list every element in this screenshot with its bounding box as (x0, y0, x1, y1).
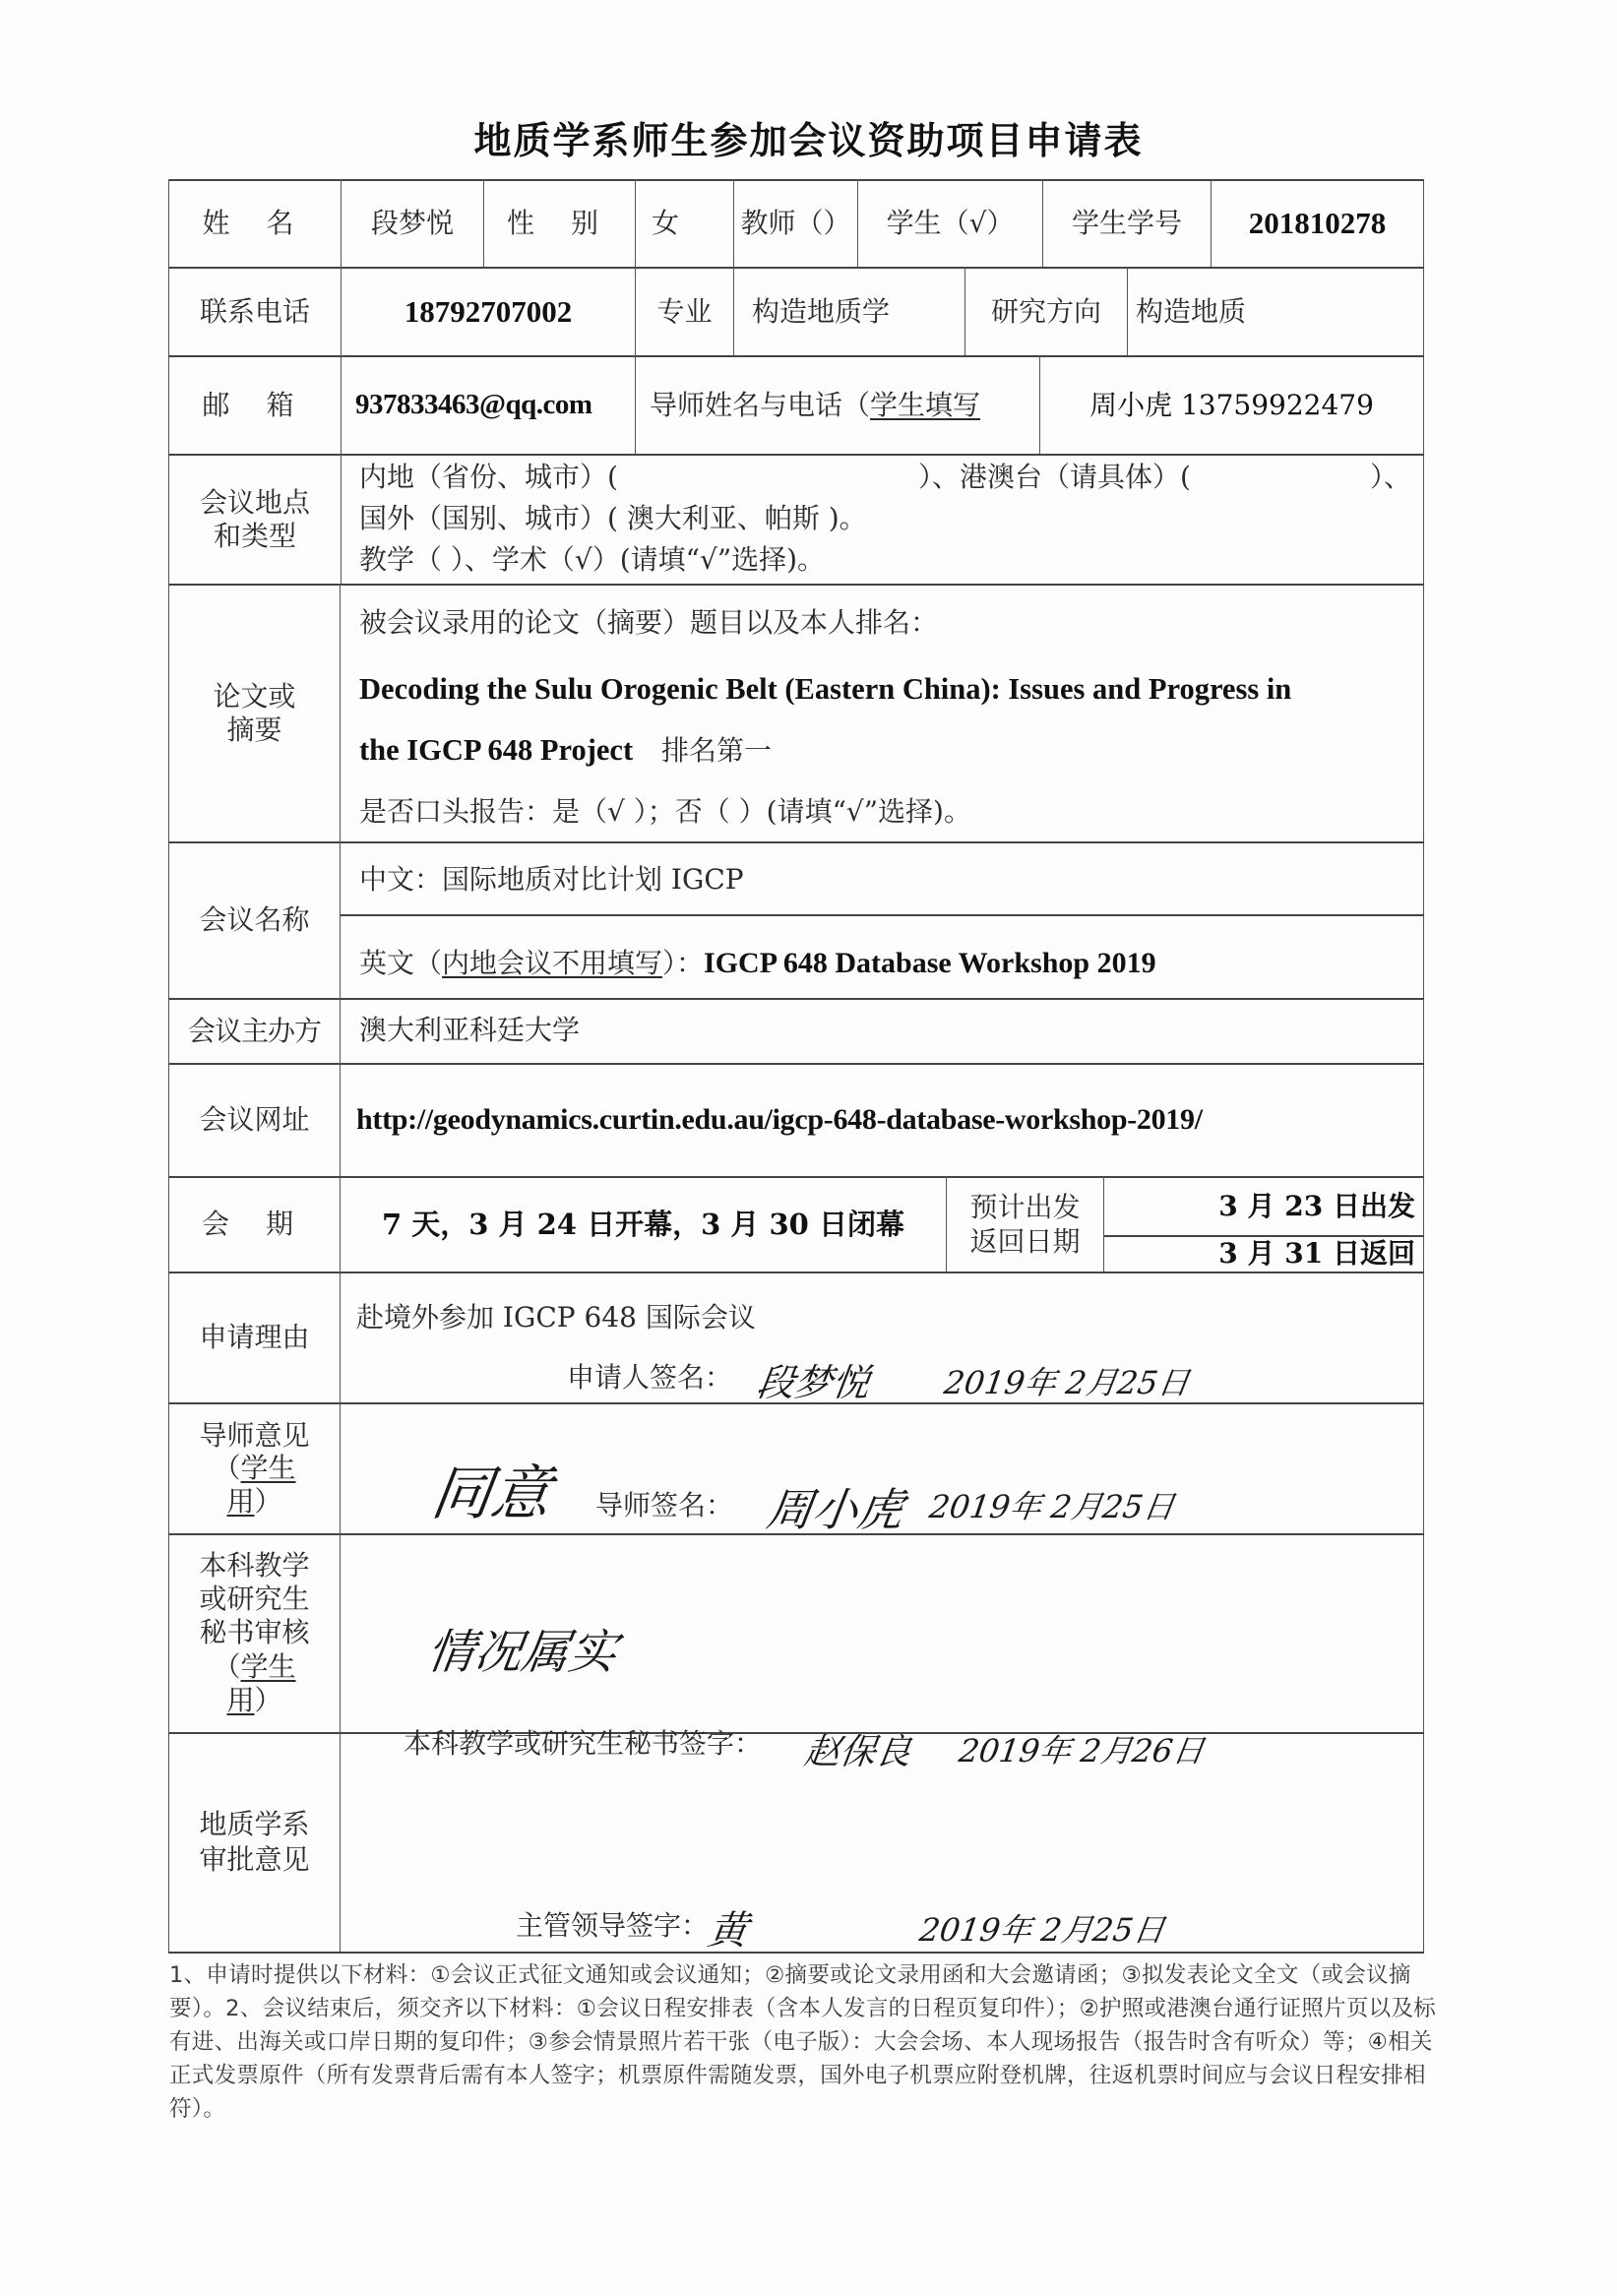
applicant-signature-label: 申请人签名： (567, 1361, 732, 1395)
paren-close: ） (255, 1684, 282, 1716)
student-id-value: 201810278 (1212, 180, 1423, 267)
secretary-review-label: 本科教学 或研究生 秘书审核 （学生 用） (169, 1534, 340, 1732)
oral-report: 是否口头报告：是（√ ）；否（ ）(请填“√”选择)。 (359, 795, 971, 829)
email-value: 937833463@qq.com (355, 356, 635, 454)
advisor-signature: 周小虎 (763, 1474, 907, 1539)
website-label: 会议网址 (169, 1064, 340, 1176)
student-use-note: 学生 (241, 1452, 296, 1484)
applicant-date: 2019年 2月25日 (942, 1358, 1193, 1403)
secretary-signature-label: 本科教学或研究生秘书签字： (404, 1727, 762, 1761)
row-line (168, 454, 1424, 456)
paren-open: （ (213, 1452, 240, 1484)
advisor-opinion: 同意 (427, 1447, 557, 1531)
department-label-line1: 地质学系 (199, 1807, 309, 1842)
email-label: 邮 箱 (169, 356, 341, 454)
footnote-instructions: 1、申请时提供以下材料：①会议正式征文通知或会议通知；②摘要或论文录用函和大会邀… (169, 1958, 1439, 2126)
leader-signature-label: 主管领导签字： (516, 1909, 709, 1943)
author-rank: 排名第一 (661, 734, 772, 767)
advisor-value: 周小虎 13759922479 (1040, 356, 1423, 454)
table-bottom-border (168, 1952, 1424, 1954)
row-line (168, 1732, 1424, 1734)
location-label-line2: 和类型 (214, 520, 296, 553)
form-title: 地质学系师生参加会议资助项目申请表 (0, 110, 1617, 164)
location-line1-end: ）、 (1370, 461, 1411, 494)
reason-value: 赴境外参加 IGCP 648 国际会议 (356, 1301, 756, 1334)
row-line-conference-split (340, 914, 1424, 916)
advisor-label-prefix: 导师姓名与电话（ (650, 389, 870, 422)
advisor-opinion-label-line1: 导师意见 (199, 1419, 309, 1453)
phone-label: 联系电话 (169, 268, 341, 355)
student-id-label: 学生学号 (1043, 180, 1211, 267)
english-prefix: 英文（ (359, 947, 442, 979)
chinese-prefix: 中文： (359, 863, 442, 896)
major-value: 构造地质学 (752, 268, 964, 355)
research-value: 构造地质 (1136, 268, 1423, 355)
advisor-date: 2019年 2月25日 (927, 1482, 1178, 1527)
major-label: 专业 (636, 268, 733, 355)
period-dates: 7 天，3 月 24 日开幕，3 月 30 日闭幕 (382, 1208, 904, 1242)
student-use-note-cont: 用 (226, 1485, 254, 1518)
advisor-signature-label: 导师签名： (595, 1489, 733, 1522)
conference-name-english: 英文（内地会议不用填写）：IGCP 648 Database Workshop … (359, 946, 1156, 981)
paper-title-line1: Decoding the Sulu Orogenic Belt (Eastern… (359, 671, 1291, 708)
depart-date: 3 月 23 日出发 (1104, 1177, 1415, 1235)
name-label: 姓 名 (169, 180, 341, 267)
secretary-label-line1: 本科教学 (199, 1549, 309, 1582)
secretary-opinion: 情况属实 (423, 1614, 622, 1682)
return-date-text: 3 月 31 日返回 (1218, 1237, 1415, 1271)
research-label: 研究方向 (965, 268, 1127, 355)
advisor-contact: 周小虎 13759922479 (1089, 389, 1374, 422)
name-value: 段梦悦 (342, 180, 483, 267)
return-date: 3 月 31 日返回 (1104, 1236, 1415, 1272)
organizer-label: 会议主办方 (169, 999, 340, 1063)
paren-close: ） (255, 1485, 282, 1518)
secretary-label-line2: 或研究生 (199, 1582, 309, 1616)
department-approval-label: 地质学系 审批意见 (169, 1733, 340, 1952)
paper-title-line2: the IGCP 648 Project 排名第一 (359, 732, 772, 769)
leader-date: 2019年 2月25日 (917, 1905, 1168, 1951)
english-note: 内地会议不用填写 (442, 947, 662, 979)
secretary-signature: 赵保良 (801, 1724, 914, 1774)
paren-open: （ (213, 1650, 240, 1683)
paper-label: 论文或 摘要 (169, 585, 340, 841)
row-line (168, 1063, 1424, 1065)
teacher-checkbox[interactable]: 教师（） (734, 180, 857, 267)
location-label: 会议地点 和类型 (169, 455, 341, 584)
paper-prompt: 被会议录用的论文（摘要）题目以及本人排名： (359, 606, 938, 640)
leader-signature: 黄 (705, 1899, 752, 1955)
english-suffix: ）： (662, 947, 704, 979)
department-label-line2: 审批意见 (199, 1842, 309, 1878)
secretary-date: 2019年 2月26日 (957, 1726, 1208, 1771)
reason-label: 申请理由 (169, 1272, 340, 1402)
secretary-label-line3: 秘书审核 (199, 1616, 309, 1649)
gender-value: 女 (652, 180, 733, 267)
applicant-signature: 段梦悦 (754, 1352, 874, 1406)
travel-label-line1: 预计出发 (969, 1190, 1080, 1224)
travel-label-line2: 返回日期 (969, 1224, 1080, 1259)
advisor-label-note: 学生填写 (870, 389, 980, 422)
paper-title-line2-text: the IGCP 648 Project (359, 733, 633, 767)
english-value: IGCP 648 Database Workshop 2019 (704, 947, 1156, 979)
row-line (168, 1272, 1424, 1273)
phone-value: 18792707002 (342, 268, 635, 355)
location-label-line1: 会议地点 (200, 486, 310, 520)
row-line (168, 584, 1424, 586)
period-label: 会 期 (169, 1177, 340, 1272)
advisor-opinion-label: 导师意见 （学生 用） (169, 1403, 340, 1533)
student-checkbox[interactable]: 学生（√） (858, 180, 1042, 267)
table-right-border (1423, 179, 1424, 1953)
location-overseas: 国外（国别、城市）( 澳大利亚、帕斯 )。 (359, 502, 867, 535)
advisor-label: 导师姓名与电话（学生填写 (650, 356, 1039, 454)
gender-label: 性 别 (484, 180, 635, 267)
website-link[interactable]: http://geodynamics.curtin.edu.au/igcp-64… (356, 1102, 1203, 1138)
conference-type: 教学（ ）、学术（√）(请填“√”选择)。 (359, 543, 825, 577)
location-hmt: ）、港澳台（请具体）( (918, 461, 1191, 494)
location-mainland: 内地（省份、城市）( (359, 461, 618, 494)
conference-name-label: 会议名称 (169, 842, 340, 998)
student-use-note-cont: 用 (226, 1684, 254, 1716)
chinese-value: 国际地质对比计划 IGCP (442, 863, 744, 896)
paper-label-line2: 摘要 (226, 714, 281, 747)
row-line (168, 998, 1424, 1000)
col-divider (1127, 267, 1128, 355)
period-value: 7 天，3 月 24 日开幕，3 月 30 日闭幕 (341, 1177, 946, 1272)
row-line (168, 841, 1424, 843)
organizer-value: 澳大利亚科廷大学 (359, 1014, 580, 1047)
depart-date-text: 3 月 23 日出发 (1218, 1190, 1415, 1223)
student-use-note: 学生 (241, 1650, 296, 1683)
paper-label-line1: 论文或 (213, 680, 295, 714)
travel-label: 预计出发 返回日期 (947, 1177, 1103, 1272)
conference-name-chinese: 中文：国际地质对比计划 IGCP (359, 863, 744, 897)
